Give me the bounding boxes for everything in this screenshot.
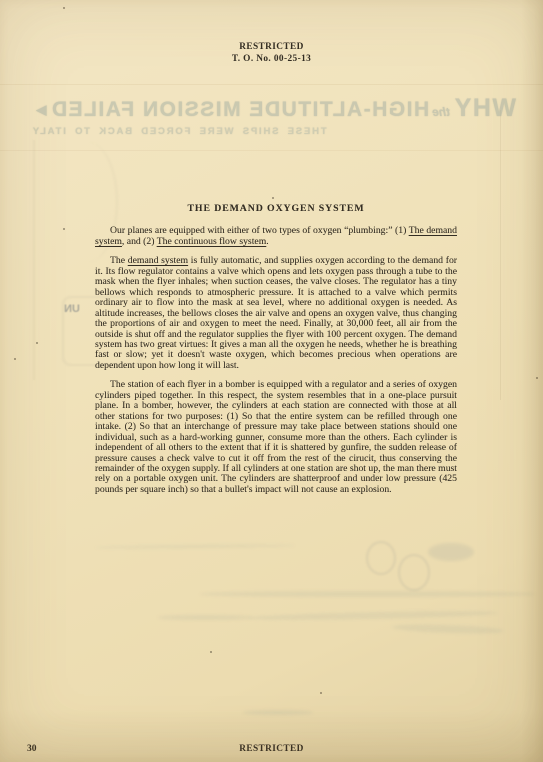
bleedthrough-headline-the: the [432, 105, 450, 119]
page-footer: 30 RESTRICTED [0, 744, 543, 754]
arrowhead-icon: ▶ [35, 102, 47, 117]
bleedthrough-ring [398, 554, 430, 591]
bleedthrough-smudge [392, 623, 504, 635]
bleedthrough-smudge [428, 543, 474, 561]
document-title: THE DEMAND OXYGEN SYSTEM [95, 204, 457, 214]
bleedthrough-smudge [158, 615, 253, 620]
paragraph-1: Our planes are equipped with either of t… [95, 226, 457, 247]
scan-speck [63, 228, 65, 230]
bleedthrough-headline-why: WHY [453, 94, 516, 122]
bleedthrough-smudge [243, 710, 313, 715]
bleedthrough-headline-rest: HIGH-ALTITUDE MISSION FAILED [50, 98, 429, 121]
scanned-page: WHYtheHIGH-ALTITUDE MISSION FAILED▶ THES… [0, 0, 543, 762]
paragraph-2: The demand system is fully automatic, an… [95, 256, 457, 371]
scan-speck [210, 651, 212, 653]
paper-crease-vertical [500, 110, 501, 400]
page-number: 30 [27, 744, 37, 754]
scan-speck [63, 7, 65, 9]
bleedthrough-smudge [200, 591, 535, 597]
bleedthrough-smudge [95, 544, 295, 549]
document-body: THE DEMAND OXYGEN SYSTEM Our planes are … [95, 204, 457, 504]
scan-speck [536, 377, 538, 379]
scan-speck [272, 197, 274, 199]
classification-footer: RESTRICTED [0, 744, 543, 754]
paragraph-3: The station of each flyer in a bomber is… [95, 380, 457, 495]
bleedthrough-ring [366, 541, 396, 575]
paper-crease [0, 150, 543, 151]
paper-crease [0, 84, 543, 85]
bleedthrough-layer: WHYtheHIGH-ALTITUDE MISSION FAILED▶ THES… [15, 96, 528, 137]
scan-speck [320, 692, 322, 694]
technical-order-number: T. O. No. 00-25-13 [0, 54, 543, 66]
scan-speck [36, 342, 38, 344]
bleedthrough-badge: UN [64, 303, 80, 315]
scan-speck [14, 358, 16, 360]
bleedthrough-headline: WHYtheHIGH-ALTITUDE MISSION FAILED▶ [15, 96, 528, 124]
bleedthrough-smudge [248, 609, 498, 621]
classification-header: RESTRICTED [0, 42, 543, 54]
bleedthrough-line [33, 140, 35, 380]
page-header: RESTRICTED T. O. No. 00-25-13 [0, 42, 543, 65]
bleedthrough-caption: THESE SHIPS WERE FORCED BACK TO ITALY [15, 126, 528, 137]
